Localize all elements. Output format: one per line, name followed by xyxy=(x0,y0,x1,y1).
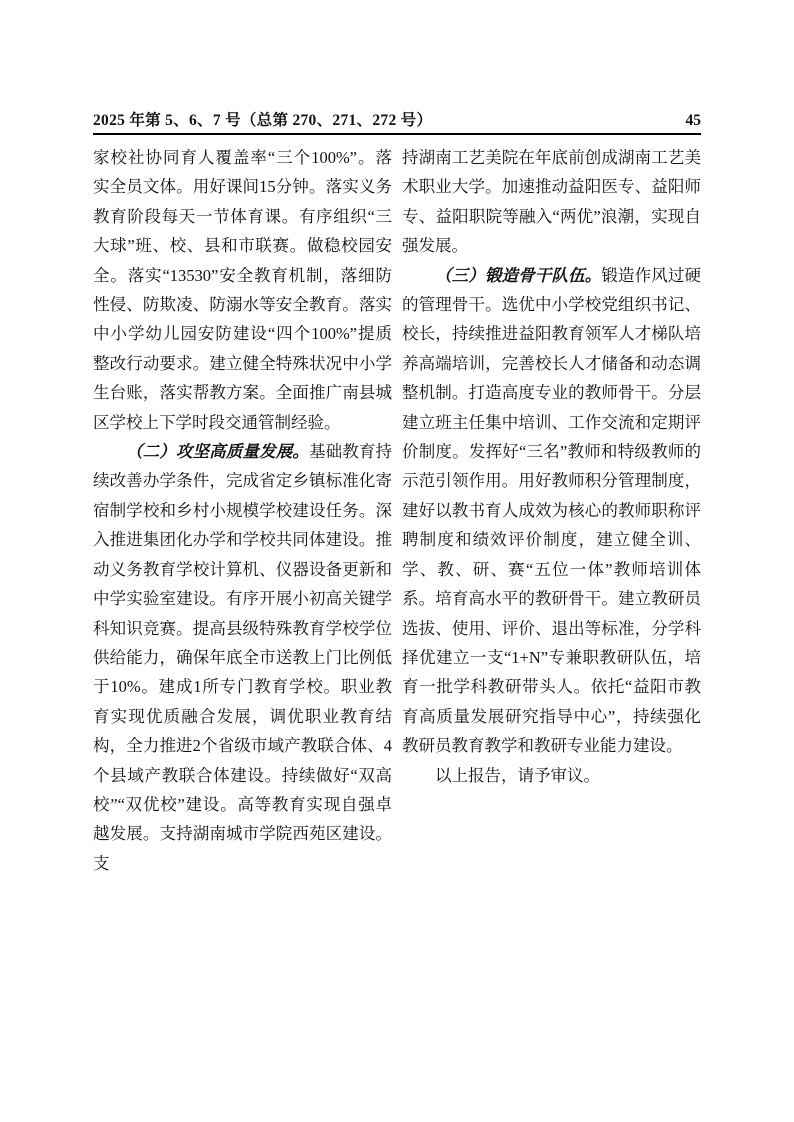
paragraph-text: 基础教育持续改善办学条件，完成省定乡镇标准化寄宿制学校和乡村小规模学校建设任务。… xyxy=(93,442,392,873)
page-header: 2025 年第 5、6、7 号（总第 270、271、272 号） 45 xyxy=(93,108,701,135)
right-column: 持湖南工艺美院在年底前创成湖南工艺美术职业大学。加速推动益阳医专、益阳师专、益阳… xyxy=(402,143,701,878)
header-rule xyxy=(93,133,701,135)
header-row: 2025 年第 5、6、7 号（总第 270、271、272 号） 45 xyxy=(93,108,701,133)
paragraph-section-2: （二）攻坚高质量发展。基础教育持续改善办学条件，完成省定乡镇标准化寄宿制学校和乡… xyxy=(93,437,392,878)
paragraph-text: 持湖南工艺美院在年底前创成湖南工艺美术职业大学。加速推动益阳医专、益阳师专、益阳… xyxy=(402,148,701,255)
paragraph-text: 家校社协同育人覆盖率“三个100%”。落实全员文体。用好课间15分钟。落实义务教… xyxy=(93,148,392,432)
paragraph-continuation: 家校社协同育人覆盖率“三个100%”。落实全员文体。用好课间15分钟。落实义务教… xyxy=(93,143,392,437)
paragraph-closing: 以上报告，请予审议。 xyxy=(402,761,701,790)
section-3-heading: （三）锻造骨干队伍。 xyxy=(435,266,601,285)
document-body: 家校社协同育人覆盖率“三个100%”。落实全员文体。用好课间15分钟。落实义务教… xyxy=(93,143,701,878)
left-column: 家校社协同育人覆盖率“三个100%”。落实全员文体。用好课间15分钟。落实义务教… xyxy=(93,143,392,878)
paragraph-text: 锻造作风过硬的管理骨干。选优中小学校党组织书记、校长，持续推进益阳教育领军人才梯… xyxy=(402,266,701,756)
paragraph-section-2-continued: 持湖南工艺美院在年底前创成湖南工艺美术职业大学。加速推动益阳医专、益阳师专、益阳… xyxy=(402,143,701,261)
paragraph-text: 以上报告，请予审议。 xyxy=(435,766,600,785)
issue-info: 2025 年第 5、6、7 号（总第 270、271、272 号） xyxy=(93,108,432,130)
section-2-heading: （二）攻坚高质量发展。 xyxy=(126,442,309,461)
document-page: 2025 年第 5、6、7 号（总第 270、271、272 号） 45 家校社… xyxy=(0,0,794,1122)
page-number: 45 xyxy=(686,112,702,130)
paragraph-section-3: （三）锻造骨干队伍。锻造作风过硬的管理骨干。选优中小学校党组织书记、校长，持续推… xyxy=(402,261,701,761)
